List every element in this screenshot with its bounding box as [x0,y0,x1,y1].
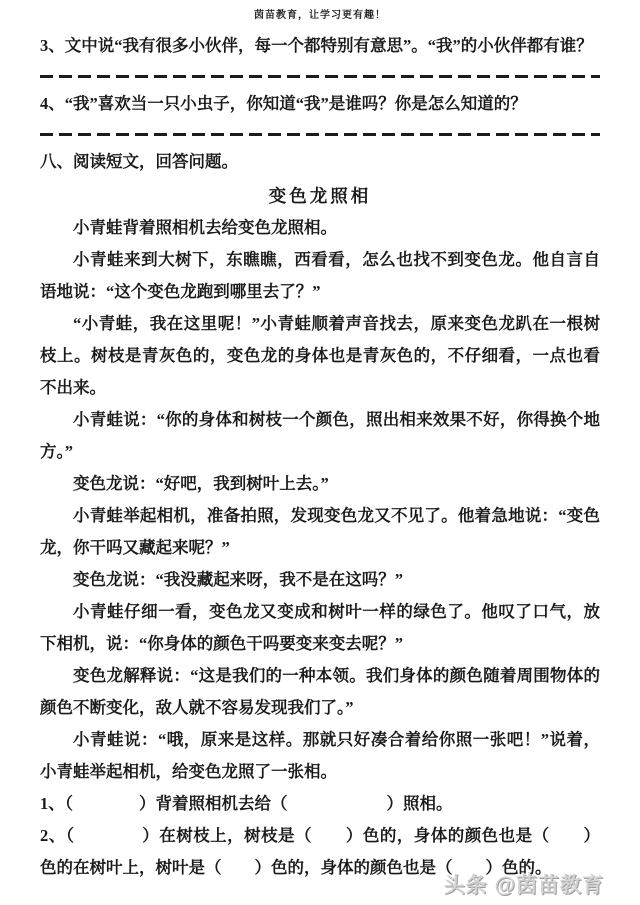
article-paragraph: 变色龙说：“我没藏起来呀，我不是在这吗？” [40,564,600,596]
fill-question-1: 1、（ ）背着照相机去给（ ）照相。 [40,788,600,820]
article-paragraph: 小青蛙举起相机，准备拍照，发现变色龙又不见了。他着急地说：“变色龙，你干吗又藏起… [40,500,600,564]
article-paragraph: 小青蛙来到大树下，东瞧瞧，西看看，怎么也找不到变色龙。他自言自语地说：“这个变色… [40,244,600,308]
article-paragraph: 小青蛙背着照相机去给变色龙照相。 [40,212,600,244]
article-paragraph: 小青蛙仔细一看，变色龙又变成和树叶一样的绿色了。他叹了口气，放下相机，说：“你身… [40,596,600,660]
article-paragraph: 小青蛙说：“你的身体和树枝一个颜色，照出相来效果不好，你得换个地方。” [40,404,600,468]
worksheet-page: 茵苗教育，让学习更有趣！ 3、文中说“我有很多小伙伴，每一个都特别有意思”。“我… [0,0,640,905]
section-heading: 八、阅读短文，回答问题。 [40,146,600,178]
question-3: 3、文中说“我有很多小伙伴，每一个都特别有意思”。“我”的小伙伴都有谁？ [40,30,600,62]
watermark: 头条 @茵苗教育 [444,869,604,899]
article-paragraph: 变色龙说：“好吧，我到树叶上去。” [40,468,600,500]
article-title: 变色龙照相 [40,180,600,212]
answer-blank-line [40,133,600,136]
answer-blank-line [40,75,600,78]
article-paragraph: “小青蛙，我在这里呢！”小青蛙顺着声音找去，原来变色龙趴在一根树枝上。树枝是青灰… [40,308,600,404]
question-4: 4、“我”喜欢当一只小虫子，你知道“我”是谁吗？你是怎么知道的？ [40,88,600,120]
article-paragraph: 小青蛙说：“哦，原来是这样。那就只好凑合着给你照一张吧！”说着，小青蛙举起相机，… [40,724,600,788]
article-paragraph: 变色龙解释说：“这是我们的一种本领。我们身体的颜色随着周围物体的颜色不断变化，敌… [40,660,600,724]
page-header-slogan: 茵苗教育，让学习更有趣！ [40,8,600,24]
